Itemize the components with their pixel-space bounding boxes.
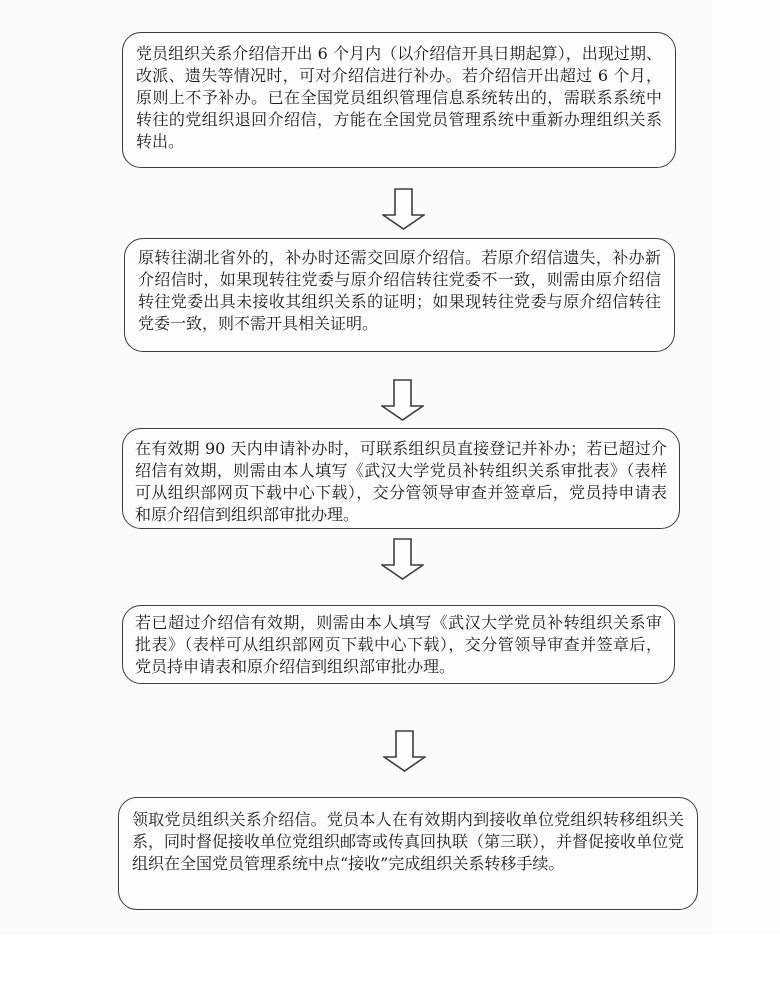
flowchart-canvas: 党员组织关系介绍信开出 6 个月内（以介绍信开具日期起算），出现过期、改派、遗失…	[0, 0, 780, 1000]
background-bottom-strip	[0, 935, 780, 1000]
flow-step-1-text: 党员组织关系介绍信开出 6 个月内（以介绍信开具日期起算），出现过期、改派、遗失…	[136, 44, 662, 151]
flow-step-4-text: 若已超过介绍信有效期，则需由本人填写《武汉大学党员补转组织关系审批表》（表样可从…	[135, 613, 662, 676]
flow-step-5: 领取党员组织关系介绍信。党员本人在有效期内到接收单位党组织转移组织关系，同时督促…	[118, 797, 698, 910]
down-arrow-icon	[381, 538, 424, 580]
down-arrow-icon	[382, 188, 425, 230]
flow-step-1: 党员组织关系介绍信开出 6 个月内（以介绍信开具日期起算），出现过期、改派、遗失…	[122, 32, 676, 168]
down-arrow-icon	[381, 379, 424, 421]
background-right-strip	[712, 0, 780, 935]
down-arrow-icon	[383, 730, 426, 772]
flow-step-5-text: 领取党员组织关系介绍信。党员本人在有效期内到接收单位党组织转移组织关系，同时督促…	[132, 810, 684, 873]
flow-step-2: 原转往湖北省外的，补办时还需交回原介绍信。若原介绍信遗失，补办新介绍信时，如果现…	[124, 238, 675, 352]
flow-step-3-text: 在有效期 90 天内申请补办时，可联系组织员直接登记并补办；若已超过介绍信有效期…	[135, 439, 667, 524]
flow-step-3: 在有效期 90 天内申请补办时，可联系组织员直接登记并补办；若已超过介绍信有效期…	[122, 428, 680, 529]
flow-step-2-text: 原转往湖北省外的，补办时还需交回原介绍信。若原介绍信遗失，补办新介绍信时，如果现…	[138, 248, 661, 333]
flow-step-4: 若已超过介绍信有效期，则需由本人填写《武汉大学党员补转组织关系审批表》（表样可从…	[122, 605, 675, 684]
